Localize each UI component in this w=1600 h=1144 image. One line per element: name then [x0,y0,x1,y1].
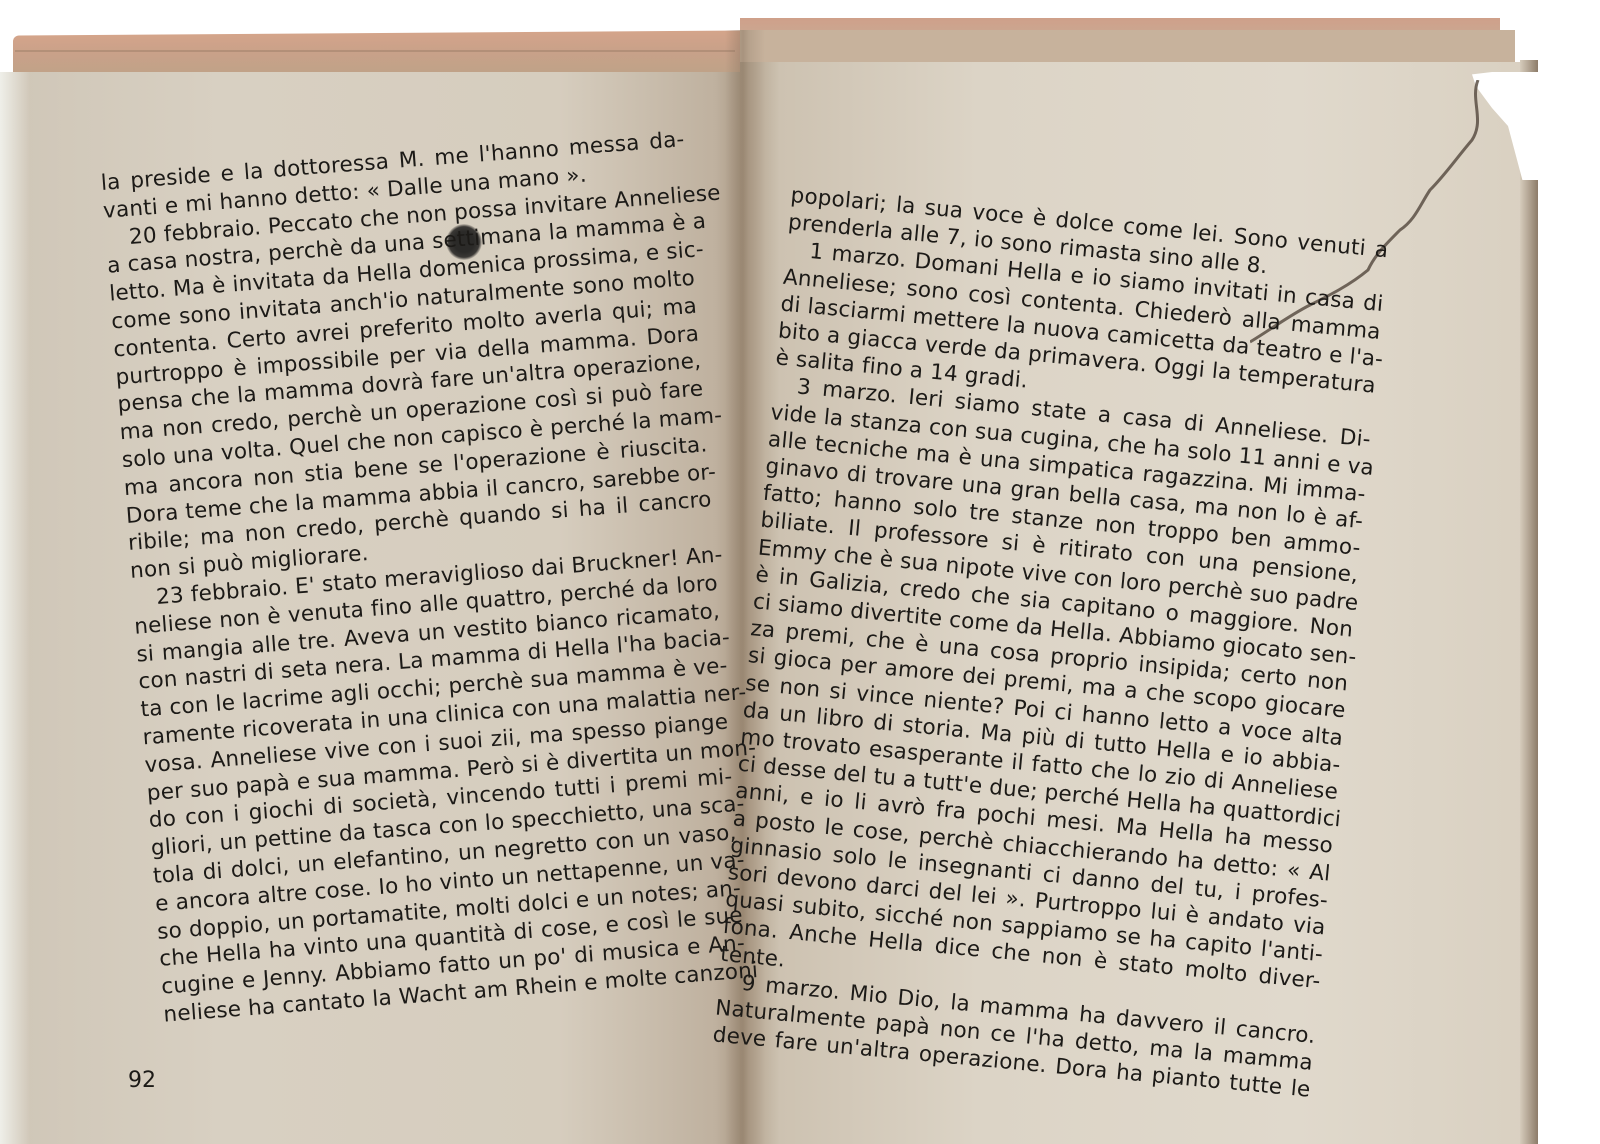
left-page-stack-edge [13,30,743,77]
page-number: 92 [128,1068,156,1093]
right-page-stack-edge-inner [740,30,1515,66]
left-page-highlight [0,72,30,1144]
right-page-outer-edge [1520,60,1538,1144]
right-page-text: popolari; la sua voce è dolce come lei. … [712,182,1390,1104]
open-book-photo: la preside e la dottoressa M. me l'hanno… [0,0,1600,1144]
left-page-stack-line [15,50,735,52]
left-page-text: la preside e la dottoressa M. me l'hanno… [100,126,748,1029]
